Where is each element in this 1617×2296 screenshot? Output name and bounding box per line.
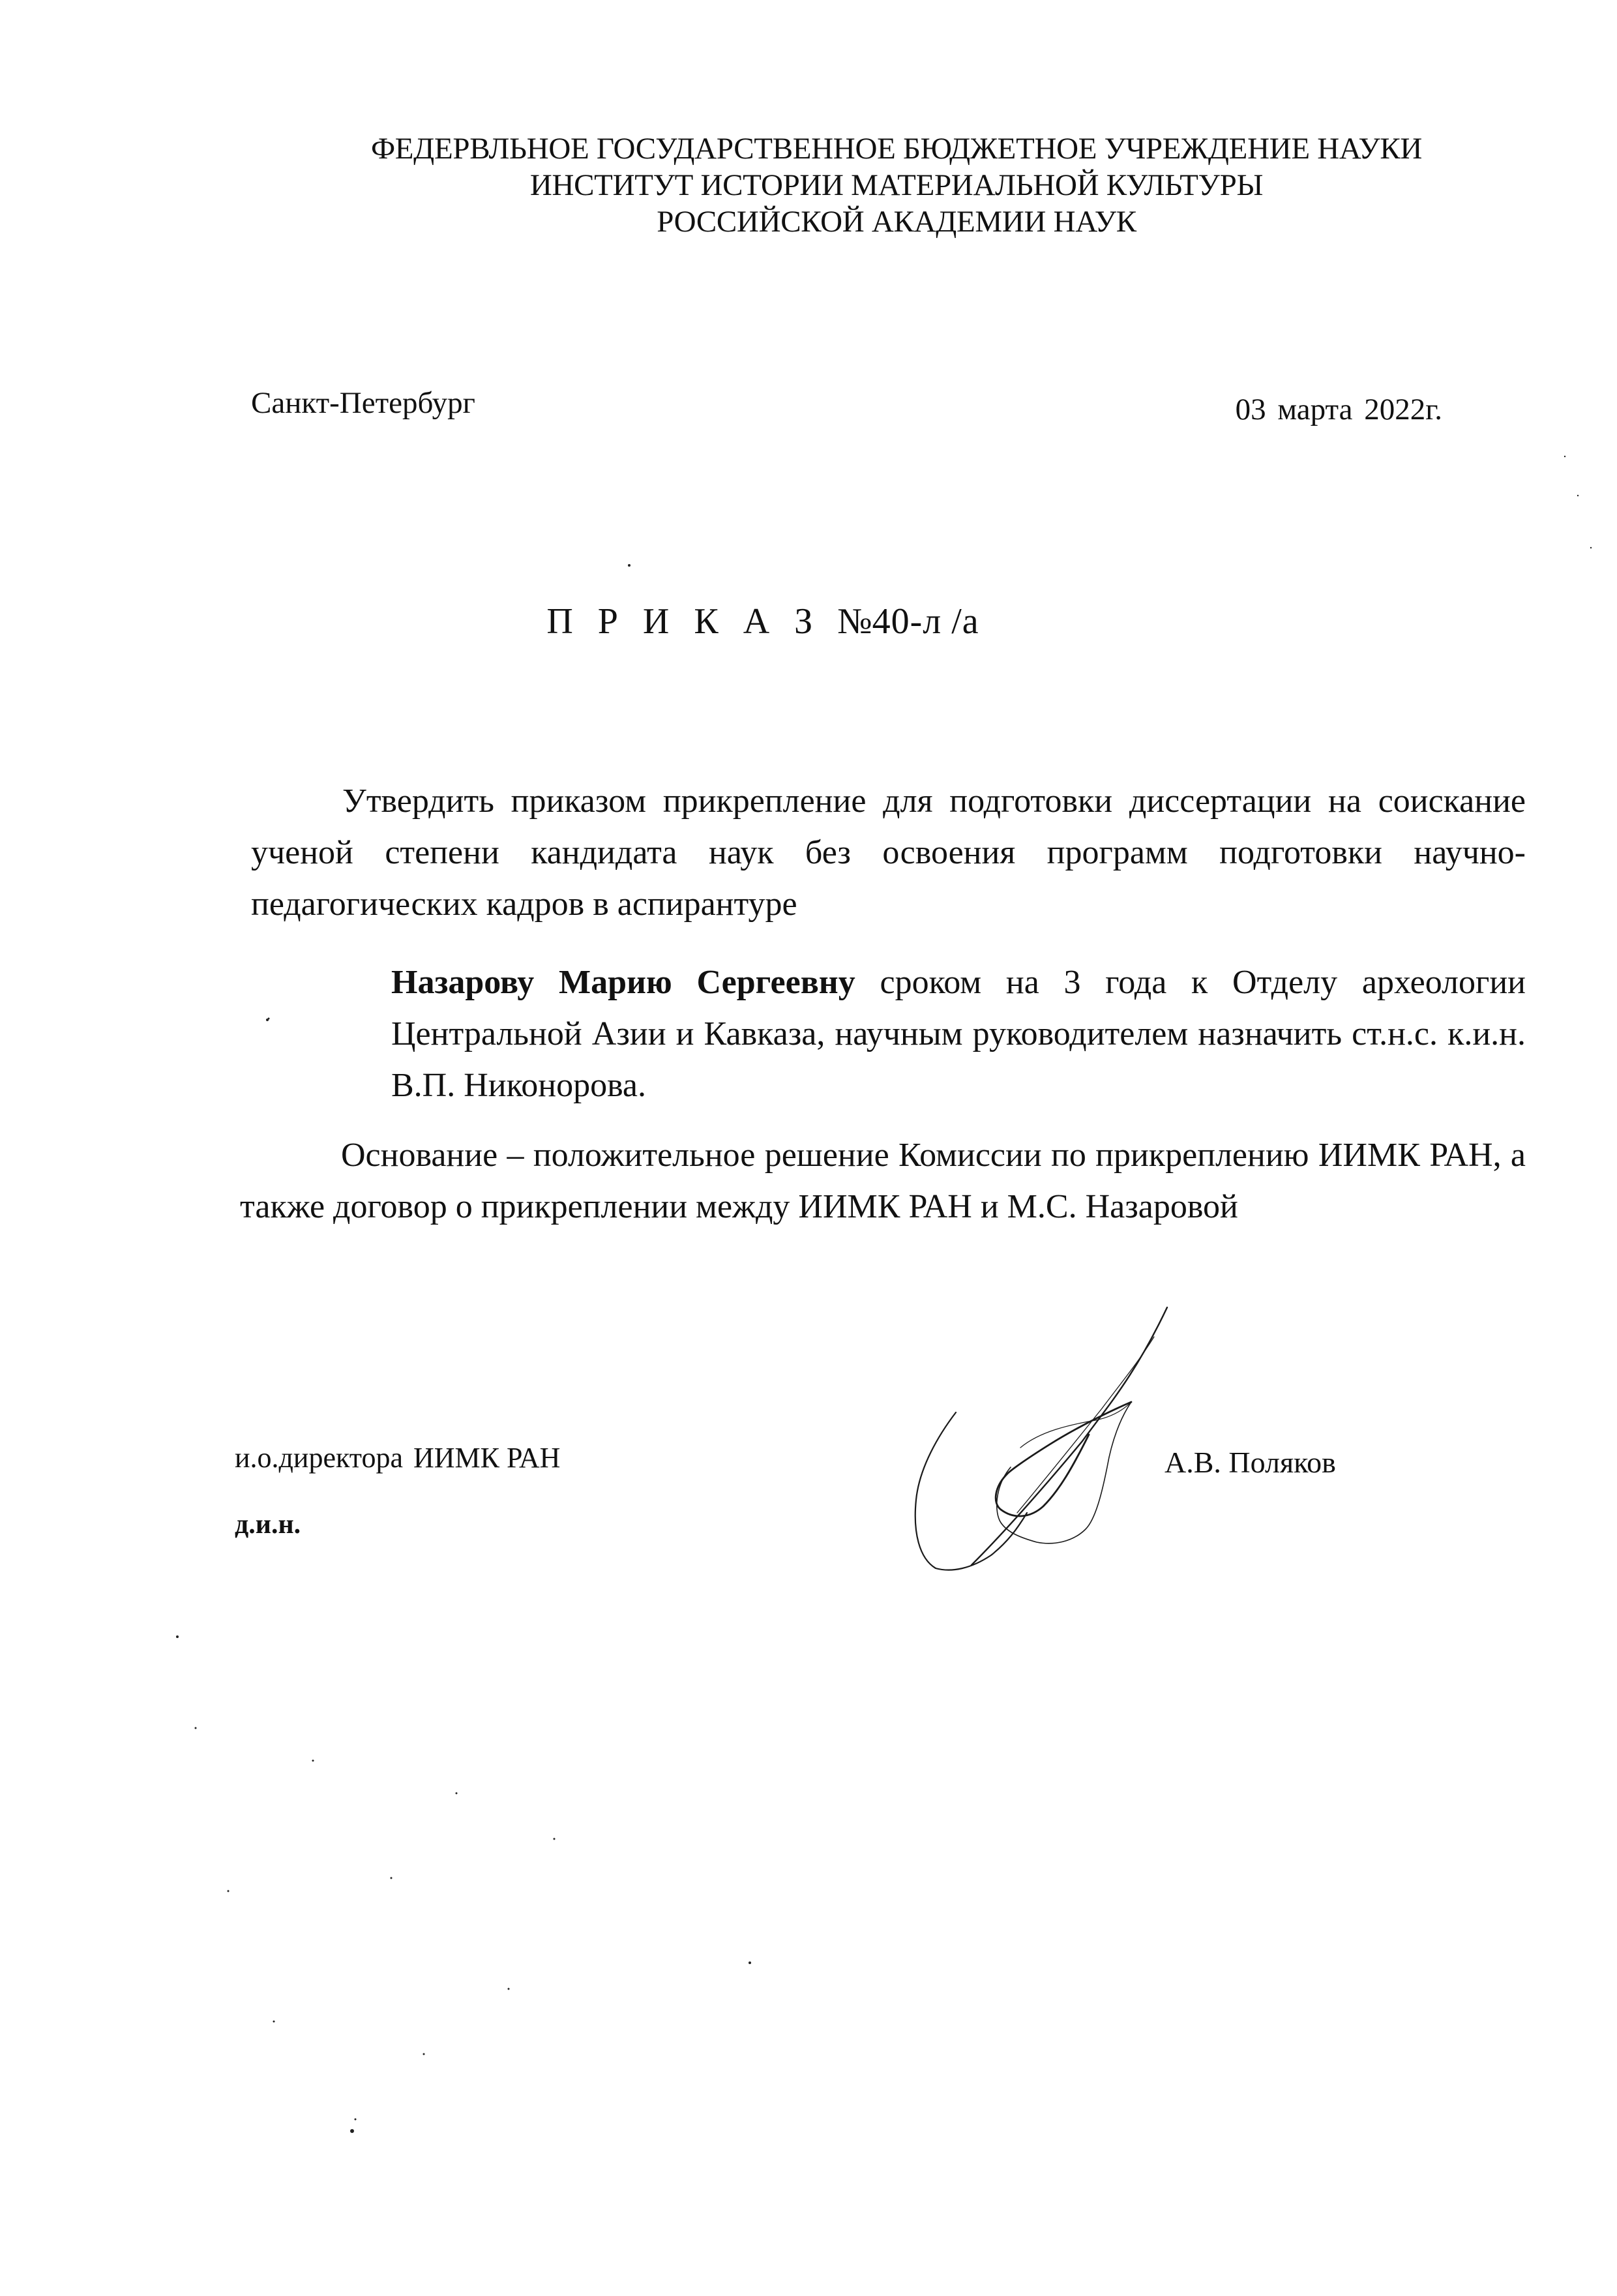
document-date: 03 марта 2022г. <box>1236 390 1442 429</box>
institution-header: ФЕДЕРВЛЬНОЕ ГОСУДАРСТВЕННОЕ БЮДЖЕТНОЕ УЧ… <box>248 130 1545 240</box>
document-page: ФЕДЕРВЛЬНОЕ ГОСУДАРСТВЕННОЕ БЮДЖЕТНОЕ УЧ… <box>0 0 1617 2296</box>
order-number: 40-л /а <box>872 601 979 642</box>
header-line-1: ФЕДЕРВЛЬНОЕ ГОСУДАРСТВЕННОЕ БЮДЖЕТНОЕ УЧ… <box>248 130 1545 167</box>
order-paragraph-approval: Утвердить приказом прикрепление для подг… <box>251 775 1526 930</box>
assignee-name: Назарову Марию Сергеевну <box>391 964 855 1001</box>
document-place: Санкт-Петербург <box>251 383 475 423</box>
header-line-2: ИНСТИТУТ ИСТОРИИ МАТЕРИАЛЬНОЙ КУЛЬТУРЫ <box>248 167 1545 203</box>
header-line-3: РОССИЙСКОЙ АКАДЕМИИ НАУК <box>248 203 1545 240</box>
signatory-degree: д.и.н. <box>235 1506 301 1543</box>
signatory-name: А.В. Поляков <box>1165 1444 1336 1481</box>
order-title-word: П Р И К А З <box>546 601 820 642</box>
order-title: П Р И К А З №40-л /а <box>0 599 1617 644</box>
order-number-sign: № <box>837 601 872 642</box>
signatory-position: и.о.директора <box>235 1442 403 1474</box>
signatory-institution: ИИМК РАН <box>413 1442 560 1474</box>
handwritten-signature-icon <box>880 1272 1239 1598</box>
order-paragraph-assignee: Назарову Марию Сергеевну сроком на 3 год… <box>391 957 1526 1111</box>
order-paragraph-basis: Основание – положительное решение Комисс… <box>240 1129 1526 1232</box>
signatory-role: и.о.директораИИМК РАН <box>235 1440 560 1476</box>
